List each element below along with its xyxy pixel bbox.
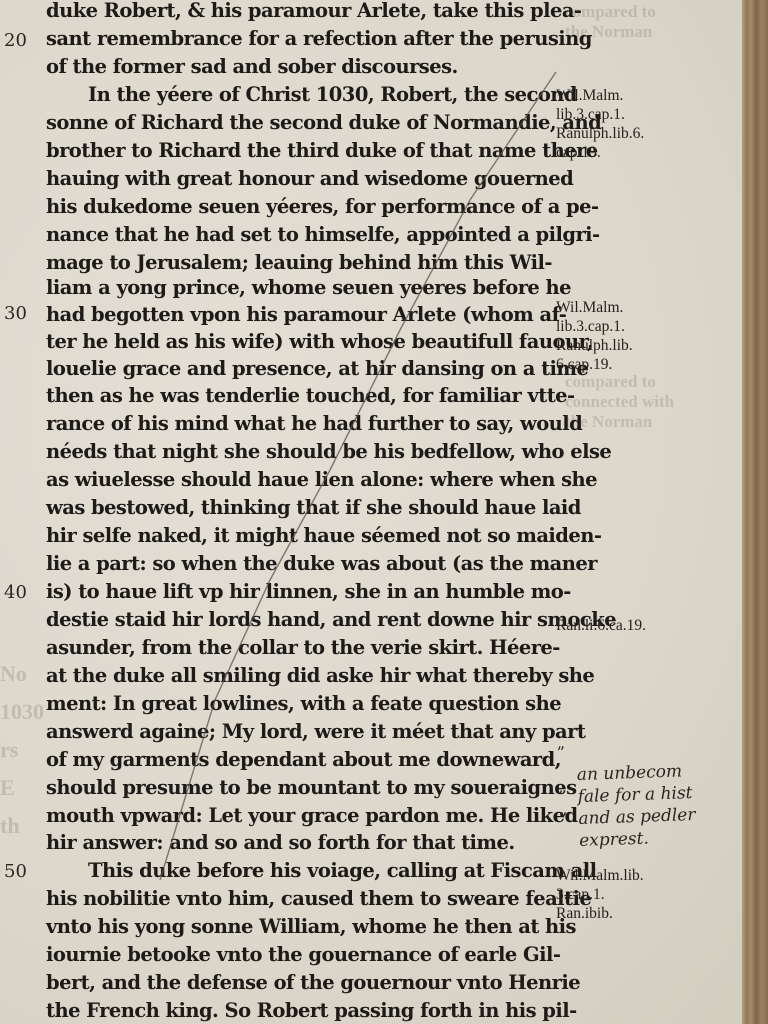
- handwritten-annotation: an unbecom fale for a hist and as pedler…: [577, 760, 697, 852]
- line-number-50: 50: [4, 859, 40, 885]
- text-line: ter he held as his wife) with whose beau…: [46, 329, 546, 355]
- text-line: louelie grace and presence, at hir dansi…: [46, 356, 546, 382]
- text-line: duke Robert, & his paramour Arlete, take…: [46, 0, 546, 24]
- text-line: vnto his yong sonne William, whome he th…: [46, 914, 546, 940]
- text-line: sant remembrance for a refection after t…: [46, 26, 546, 52]
- text-line: iournie betooke vnto the gouernance of e…: [46, 942, 546, 968]
- margin-note-citation: Wil.Malm. lib.3.cap.1. Ranulph.lib. 6.ca…: [556, 298, 633, 374]
- text-line: of my garments dependant about me downew…: [46, 747, 546, 773]
- text-line: had begotten vpon his paramour Arlete (w…: [46, 302, 546, 328]
- book-page: compared to the Norman compared to conne…: [0, 0, 742, 1024]
- text-line: ment: In great lowlines, with a feate qu…: [46, 691, 546, 717]
- text-line: mouth vpward: Let your grace pardon me. …: [46, 803, 546, 829]
- text-line: should presume to be mountant to my soue…: [46, 775, 546, 801]
- text-line: then as he was tenderlie touched, for fa…: [46, 383, 546, 409]
- text-line: of the former sad and sober discourses.: [46, 54, 546, 80]
- text-line: destie staid hir lords hand, and rent do…: [46, 607, 546, 633]
- text-line: In the yéere of Christ 1030, Robert, the…: [46, 82, 546, 108]
- text-line: This duke before his voiage, calling at …: [46, 858, 546, 884]
- text-line: asunder, from the collar to the verie sk…: [46, 635, 546, 661]
- text-line: néeds that night she should be his bedfe…: [46, 439, 546, 465]
- show-through-left: No 1030 rs E th: [0, 655, 44, 845]
- text-line: sonne of Richard the second duke of Norm…: [46, 110, 546, 136]
- handwritten-quote-marks: ” ” ”: [556, 742, 567, 830]
- line-number-30: 30: [4, 301, 40, 327]
- text-line: answerd againe; My lord, were it méet th…: [46, 719, 546, 745]
- line-number-20: 20: [4, 28, 40, 54]
- text-line: hir answer: and so and so forth for that…: [46, 830, 546, 856]
- text-line: at the duke all smiling did aske hir wha…: [46, 663, 546, 689]
- text-line: hir selfe naked, it might haue séemed no…: [46, 523, 546, 549]
- text-line: is) to haue lift vp hir linnen, she in a…: [46, 579, 546, 605]
- margin-note-citation: Wil.Malm. lib.3.cap.1. Ranulph.lib.6. ca…: [556, 86, 644, 162]
- text-line: rance of his mind what he had further to…: [46, 411, 546, 437]
- text-line: liam a yong prince, whome seuen yeeres b…: [46, 275, 546, 301]
- margin-note-citation: Wil.Malm.lib. 3.cap.1. Ran.ibib.: [556, 866, 644, 923]
- text-line: bert, and the defense of the gouernour v…: [46, 970, 546, 996]
- text-line: as wiuelesse should haue lien alone: whe…: [46, 467, 546, 493]
- text-line: was bestowed, thinking that if she shoul…: [46, 495, 546, 521]
- text-line: the French king. So Robert passing forth…: [46, 998, 546, 1024]
- text-line: his dukedome seuen yéeres, for performan…: [46, 194, 546, 220]
- margin-note-citation: Ran.li.6.ca.19.: [556, 616, 646, 635]
- text-line: nance that he had set to himselfe, appoi…: [46, 222, 546, 248]
- text-line: mage to Jerusalem; leauing behind him th…: [46, 250, 546, 276]
- book-page-edge: [742, 0, 768, 1024]
- text-line: lie a part: so when the duke was about (…: [46, 551, 546, 577]
- line-number-40: 40: [4, 580, 40, 606]
- text-line: brother to Richard the third duke of tha…: [46, 138, 546, 164]
- text-line: his nobilitie vnto him, caused them to s…: [46, 886, 546, 912]
- text-line: hauing with great honour and wisedome go…: [46, 166, 546, 192]
